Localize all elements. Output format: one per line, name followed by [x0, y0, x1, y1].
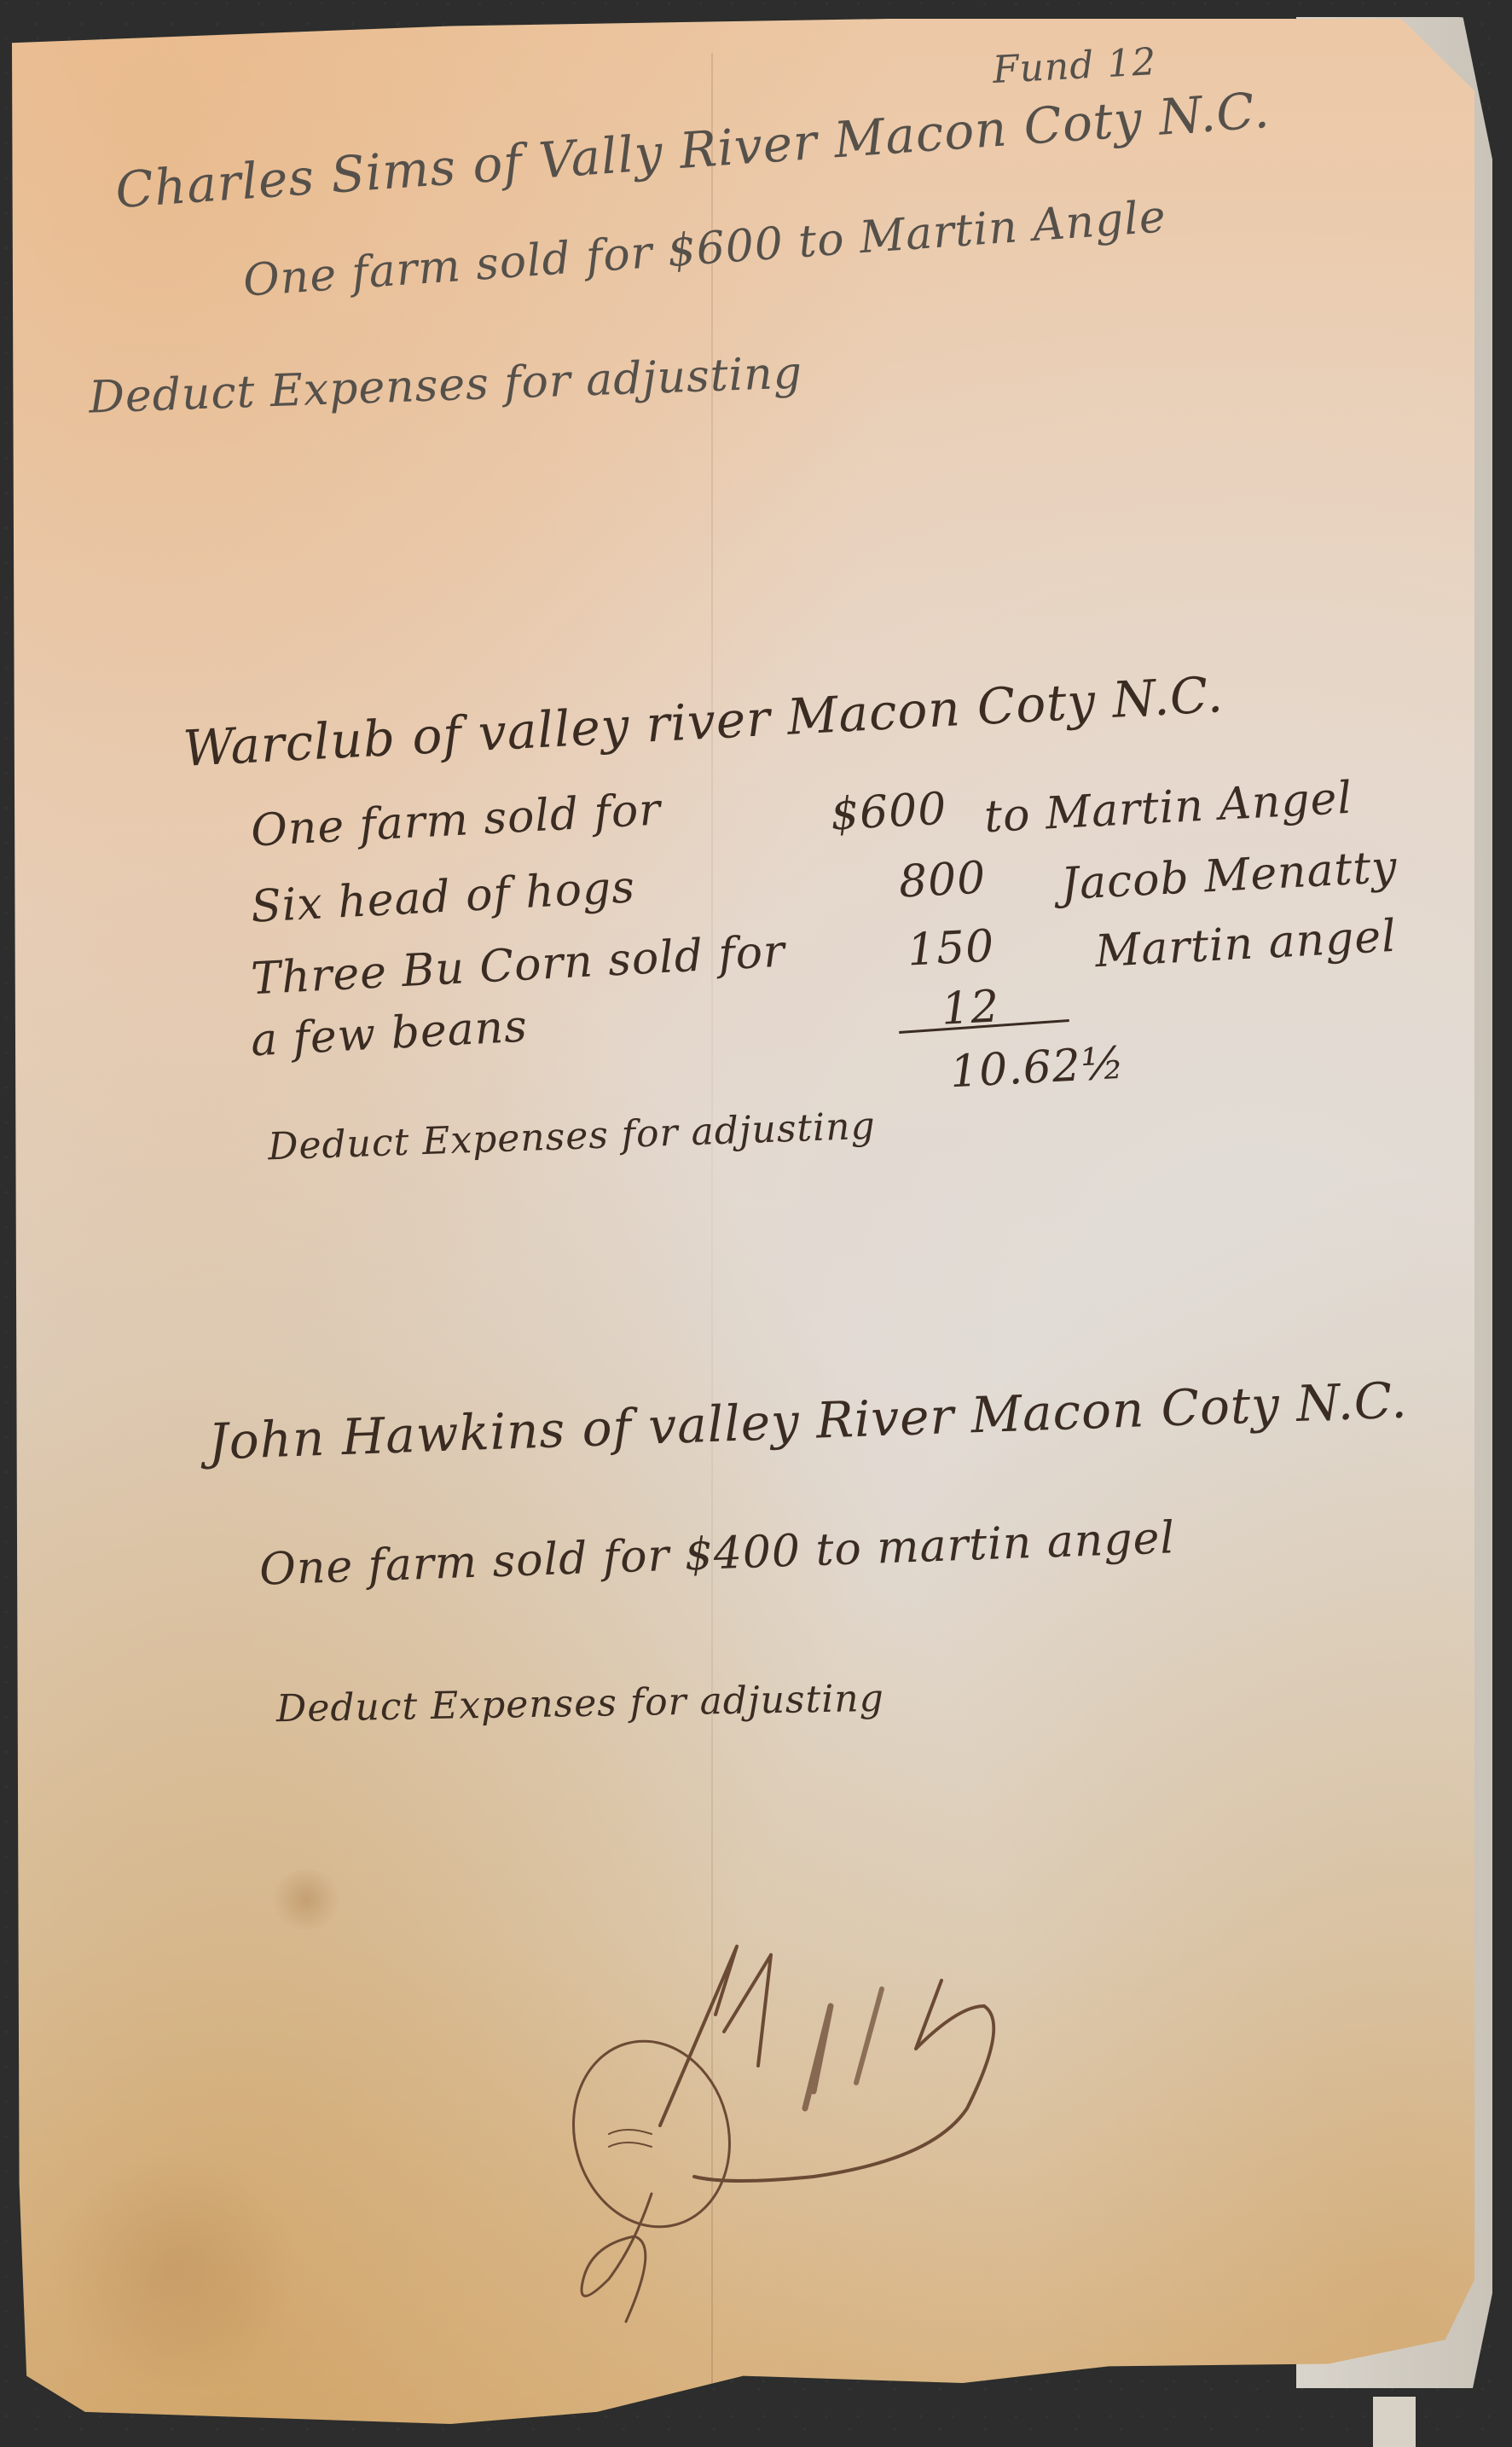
ledger-amount: 800 — [898, 852, 988, 907]
page-number: Fund 12 — [992, 40, 1158, 92]
ledger-buyer: Martin angel — [1094, 911, 1398, 977]
signature: Shaw — [558, 1921, 1035, 2330]
deduct-line: Deduct Expenses for adjusting — [88, 347, 803, 423]
stain — [46, 2151, 302, 2390]
stain — [268, 1870, 345, 1929]
signature-flourish-icon — [558, 1921, 1035, 2330]
ledger-amount: 150 — [907, 920, 996, 976]
backing-strip — [1373, 2397, 1416, 2447]
entry-heading: John Hawkins of valley River Macon Coty … — [207, 1371, 1408, 1470]
entry-line: One farm sold for $400 to martin angel — [258, 1512, 1176, 1595]
ledger-item: One farm sold for — [250, 784, 663, 856]
entry-line: One farm sold for $600 to Martin Angle — [241, 191, 1167, 307]
ledger-buyer: Jacob Menatty — [1060, 842, 1399, 911]
ledger-item: a few beans — [250, 1001, 530, 1067]
ledger-item: Six head of hogs — [250, 861, 637, 933]
deduct-line: Deduct Expenses for adjusting — [276, 1677, 885, 1731]
ledger-amount: $600 — [830, 783, 948, 840]
entry-heading: Warclub of valley river Macon Coty N.C. — [182, 665, 1225, 778]
document-page: Fund 12 Charles Sims of Vally River Maco… — [12, 19, 1474, 2424]
ledger-item: Three Bu Corn sold for — [250, 926, 786, 1006]
deduct-line: Deduct Expenses for adjusting — [267, 1105, 876, 1169]
ledger-buyer: to Martin Angel — [983, 773, 1354, 844]
ledger-total: 10.62½ — [949, 1038, 1127, 1099]
